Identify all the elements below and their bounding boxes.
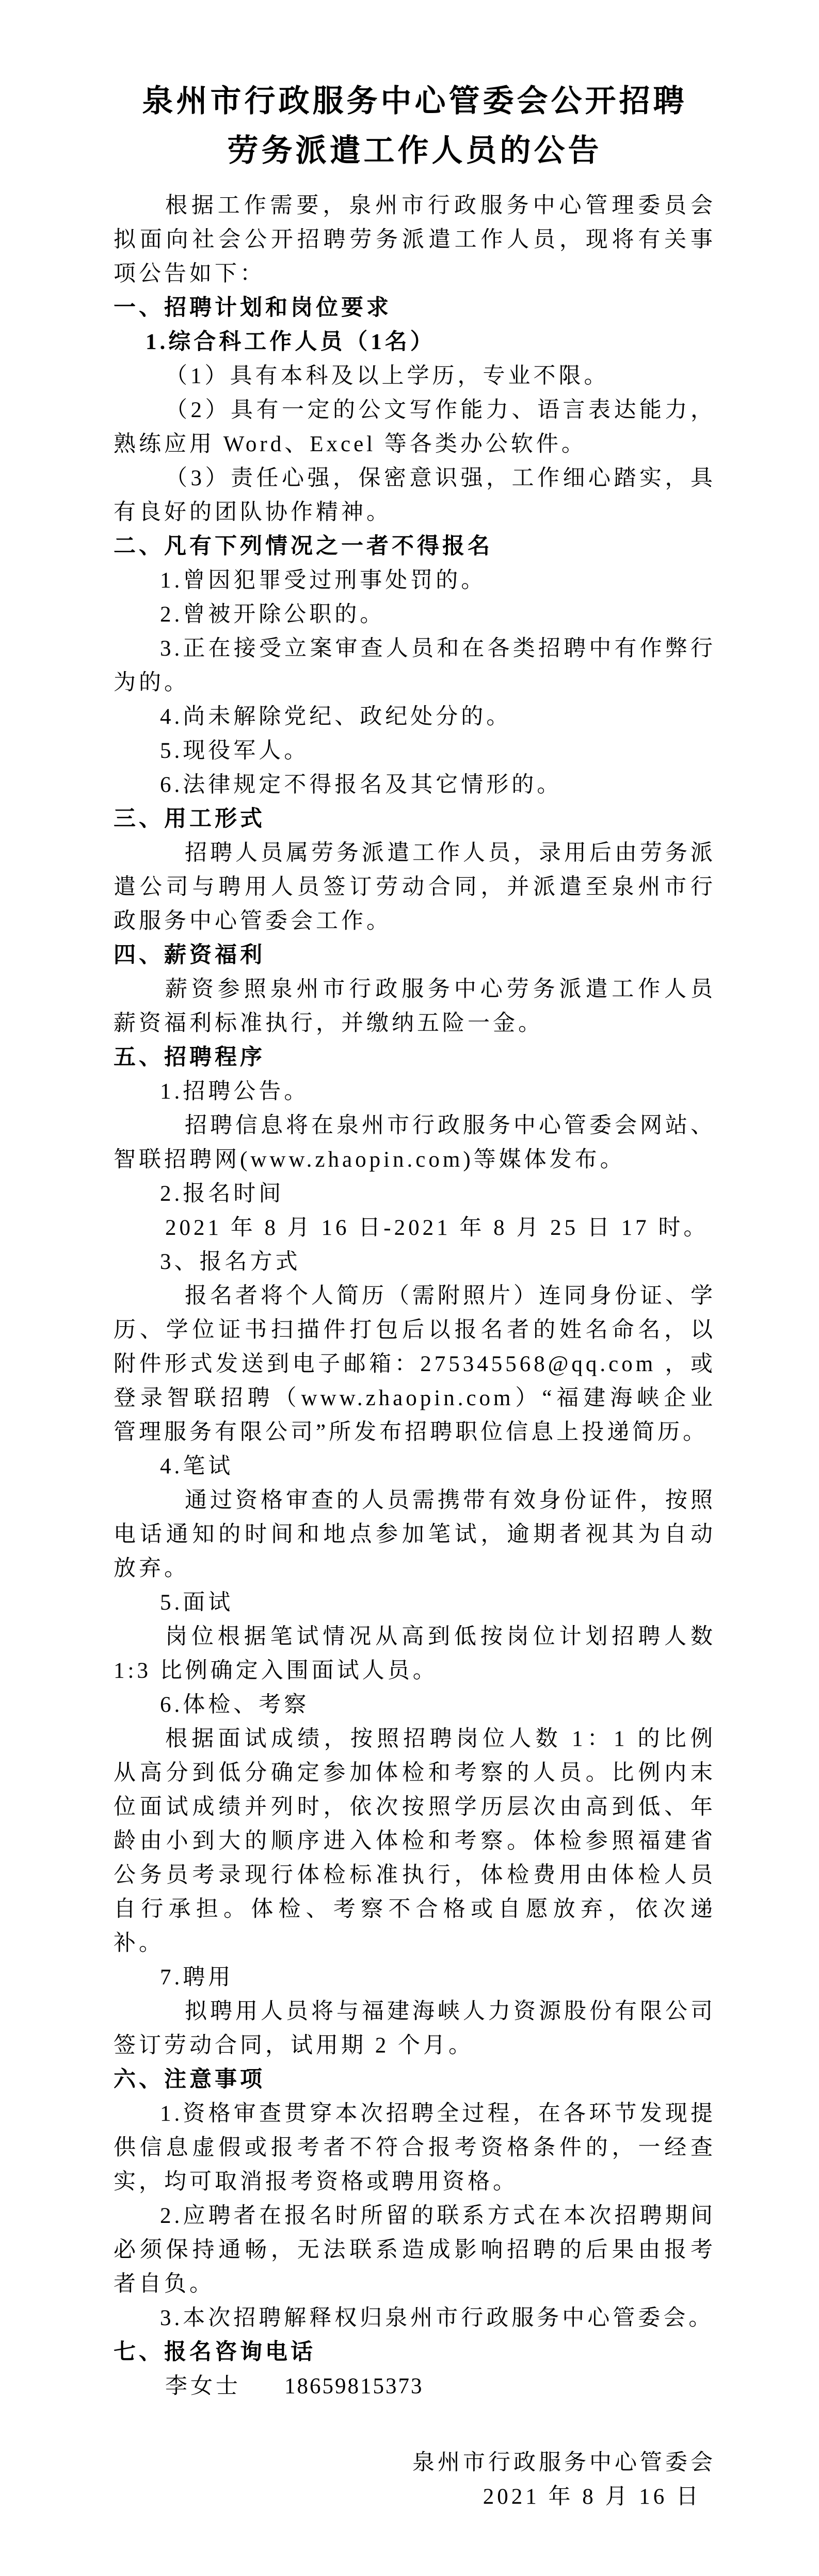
procedure-step-para-2: 2021 年 8 月 16 日-2021 年 8 月 25 日 17 时。 [114, 1211, 716, 1245]
procedure-step-title-4: 4.笔试 [114, 1450, 716, 1484]
section-heading-7: 七、报名咨询电话 [114, 2335, 716, 2370]
section-heading-2: 二、凡有下列情况之一者不得报名 [114, 530, 716, 564]
disqualification-item-5: 5.现役军人。 [114, 734, 716, 768]
procedure-step-para-3: 报名者将个人简历（需附照片）连同身份证、学历、学位证书扫描件打包后以报名者的姓名… [114, 1279, 716, 1450]
section-heading-5: 五、招聘程序 [114, 1041, 716, 1075]
section-heading-4: 四、薪资福利 [114, 939, 716, 973]
post-title: 1.综合科工作人员（1名） [114, 325, 716, 359]
procedure-step-title-6: 6.体检、考察 [114, 1688, 716, 1722]
signature-block: 泉州市行政服务中心管委会 2021 年 8 月 16 日 [114, 2446, 716, 2514]
procedure-step-para-4: 通过资格审查的人员需携带有效身份证件，按照电话通知的时间和地点参加笔试，逾期者视… [114, 1484, 716, 1586]
procedure-step-title-2: 2.报名时间 [114, 1177, 716, 1211]
signature-organization: 泉州市行政服务中心管委会 [114, 2446, 716, 2480]
announcement-document: 泉州市行政服务中心管委会公开招聘 劳务派遣工作人员的公告 根据工作需要，泉州市行… [0, 0, 819, 2576]
document-title: 泉州市行政服务中心管委会公开招聘 劳务派遣工作人员的公告 [114, 76, 716, 176]
procedure-step-para-7: 拟聘用人员将与福建海峡人力资源股份有限公司签订劳动合同，试用期 2 个月。 [114, 1995, 716, 2063]
signature-date: 2021 年 8 月 16 日 [114, 2480, 716, 2514]
procedure-step-title-7: 7.聘用 [114, 1961, 716, 1995]
contact-line: 李女士18659815373 [114, 2370, 716, 2404]
section-heading-1: 一、招聘计划和岗位要求 [114, 291, 716, 325]
disqualification-item-4: 4.尚未解除党纪、政纪处分的。 [114, 700, 716, 734]
procedure-step-title-5: 5.面试 [114, 1586, 716, 1620]
salary-paragraph: 薪资参照泉州市行政服务中心劳务派遣工作人员薪资福利标准执行，并缴纳五险一金。 [114, 973, 716, 1041]
notice-item-3: 3.本次招聘解释权归泉州市行政服务中心管委会。 [114, 2301, 716, 2335]
procedure-step-title-3: 3、报名方式 [114, 1245, 716, 1279]
document-title-line-2: 劳务派遣工作人员的公告 [114, 126, 716, 176]
notice-item-1: 1.资格审查贯穿本次招聘全过程，在各环节发现提供信息虚假或报考者不符合报考资格条… [114, 2097, 716, 2199]
section-heading-6: 六、注意事项 [114, 2063, 716, 2097]
disqualification-item-6: 6.法律规定不得报名及其它情形的。 [114, 768, 716, 802]
document-title-line-1: 泉州市行政服务中心管委会公开招聘 [114, 76, 716, 126]
procedure-step-title-1: 1.招聘公告。 [114, 1075, 716, 1109]
procedure-step-para-1: 招聘信息将在泉州市行政服务中心管委会网站、智联招聘网(www.zhaopin.c… [114, 1109, 716, 1177]
procedure-step-para-5: 岗位根据笔试情况从高到低按岗位计划招聘人数 1:3 比例确定入围面试人员。 [114, 1620, 716, 1688]
post-requirement-3: （3）责任心强，保密意识强，工作细心踏实，具有良好的团队协作精神。 [114, 462, 716, 530]
disqualification-item-3: 3.正在接受立案审查人员和在各类招聘中有作弊行为的。 [114, 632, 716, 700]
intro-paragraph: 根据工作需要，泉州市行政服务中心管理委员会拟面向社会公开招聘劳务派遣工作人员，现… [114, 189, 716, 291]
procedure-step-para-6: 根据面试成绩，按照招聘岗位人数 1：1 的比例从高分到低分确定参加体检和考察的人… [114, 1722, 716, 1961]
notice-item-2: 2.应聘者在报名时所留的联系方式在本次招聘期间必须保持通畅，无法联系造成影响招聘… [114, 2199, 716, 2301]
disqualification-item-1: 1.曾因犯罪受过刑事处罚的。 [114, 564, 716, 598]
post-requirement-1: （1）具有本科及以上学历，专业不限。 [114, 359, 716, 393]
contact-name: 李女士 [165, 2374, 241, 2398]
disqualification-item-2: 2.曾被开除公职的。 [114, 598, 716, 632]
employment-form-paragraph: 招聘人员属劳务派遣工作人员，录用后由劳务派遣公司与聘用人员签订劳动合同，并派遣至… [114, 836, 716, 939]
section-heading-3: 三、用工形式 [114, 802, 716, 836]
contact-phone: 18659815373 [284, 2374, 424, 2398]
post-requirement-2: （2）具有一定的公文写作能力、语言表达能力，熟练应用 Word、Excel 等各… [114, 393, 716, 462]
